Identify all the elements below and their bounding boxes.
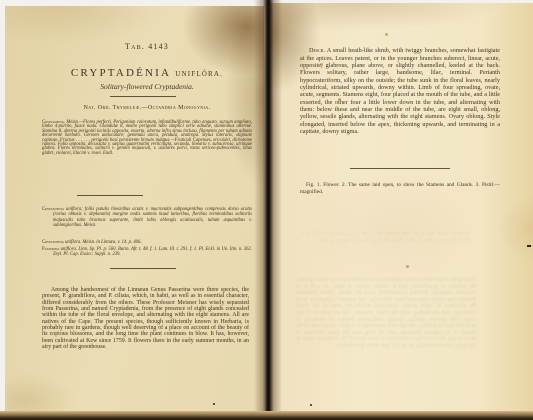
show-through-text: Among the handsomest of the Linnæan Genu… [296, 277, 476, 379]
figure-caption: Fig. 1. Flower. 2. The same laid open, t… [300, 182, 500, 195]
section-divider [110, 96, 176, 97]
species-character-paragraph: Cryptadenia uniflora; foliis patulis lin… [42, 207, 252, 229]
section-divider [110, 268, 176, 269]
foxing-speck [338, 98, 341, 101]
ink-speck [527, 245, 531, 247]
synonym-citation: Passerina uniflora. Linn. Sp. Pl. p. 560… [42, 247, 252, 258]
show-through-text: uniflora. Linn. Sp. Pl. p. 560. Burm. Af… [300, 231, 470, 267]
synonym-citation-text: uniflora. Linn. Sp. Pl. p. 560. Burm. Af… [53, 247, 252, 258]
commentary-paragraph: Among the handsomest of the Linnæan Genu… [42, 287, 249, 350]
synonym-citation: Cryptadenia uniflora. Meisn. in Linnæa, … [42, 240, 252, 245]
foxing-speck [406, 265, 409, 268]
left-page: Tab. 4143 CRYPTADÉNIA UNIFLÓRA. Solitary… [5, 6, 264, 413]
description-text: A small heath-like shrub, with twiggy br… [300, 47, 500, 135]
genus-name: Passerina [42, 247, 59, 252]
ink-speck [310, 404, 312, 406]
genus-name: Cryptadenia [42, 207, 64, 212]
foxing-speck [385, 33, 388, 36]
title-species: UNIFLÓRA. [175, 70, 223, 78]
generic-character-paragraph: Cryptadenia. Meisn.—Flores perfecti. Per… [42, 121, 252, 157]
page-title: CRYPTADÉNIA UNIFLÓRA. [42, 63, 252, 81]
ink-speck [213, 403, 215, 405]
natural-order-line: Nat. Ord. Thymeleæ.—Octandria Monogynia. [42, 105, 252, 111]
description-paragraph: Descr. A small heath-like shrub, with tw… [300, 47, 500, 135]
plate-number: Tab. 4143 [42, 42, 252, 51]
descr-label: Descr. [309, 47, 325, 54]
scan-bottom-edge [0, 411, 533, 420]
genus-name: Cryptadenia [42, 240, 64, 245]
book-scan: Tab. 4143 CRYPTADÉNIA UNIFLÓRA. Solitary… [0, 0, 533, 420]
section-divider [350, 168, 450, 169]
synonym-citation-text: uniflora. Meisn. in Linnæa, v. 14. p. 40… [64, 240, 142, 245]
title-genus: CRYPTADÉNIA [71, 67, 171, 79]
generic-character-text: Meisn.—Flores perfecti. Perigonium color… [42, 120, 252, 156]
book-gutter [254, 0, 282, 414]
species-character-text: uniflora; foliis patulis linearibus acut… [53, 207, 252, 229]
right-page: Descr. A small heath-like shrub, with tw… [270, 3, 533, 413]
common-name-subtitle: Solitary-flowered Cryptadenia. [42, 82, 252, 91]
section-divider [77, 195, 143, 196]
foxing-speck [320, 63, 323, 66]
